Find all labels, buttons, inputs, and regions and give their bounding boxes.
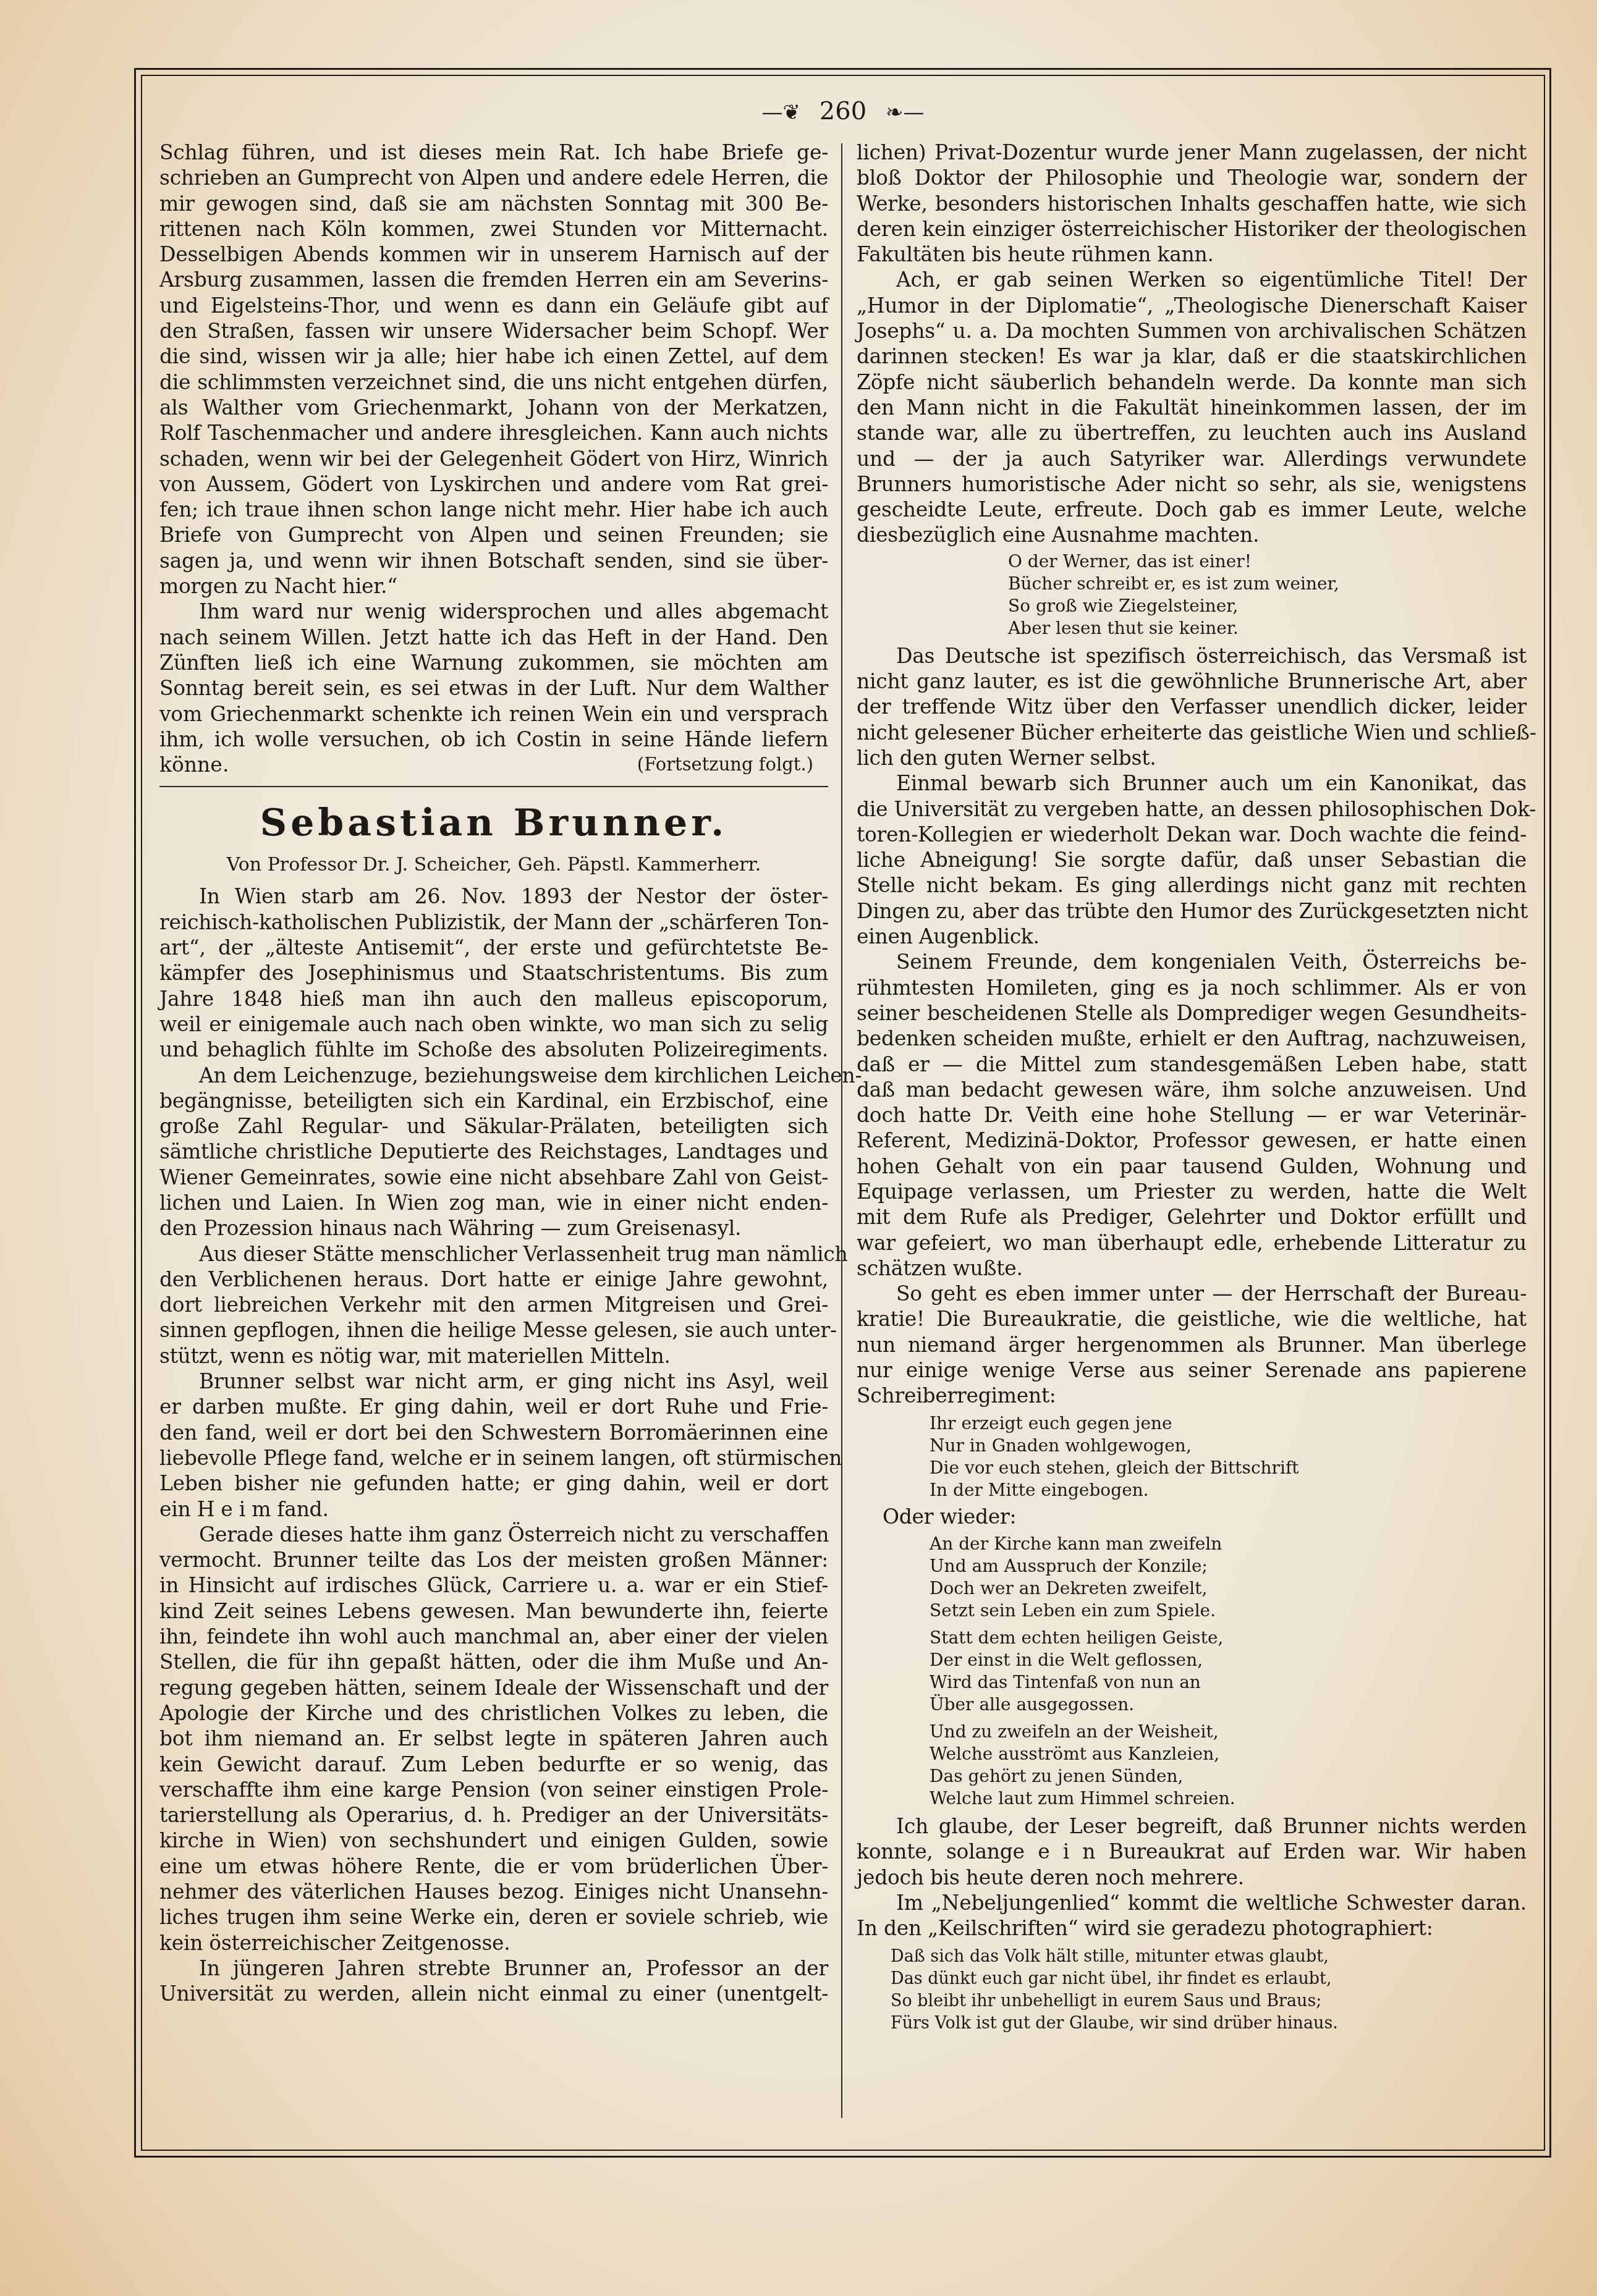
text-line: In Wien starb am 26. Nov. 1893 der Nesto… [159, 884, 828, 909]
text-line: Ich glaube, der Leser begreift, daß Brun… [857, 1813, 1527, 1839]
text-line: schätzen wußte. [857, 1256, 1527, 1281]
verse-line: Fürs Volk ist gut der Glaube, wir sind d… [891, 2012, 1527, 2035]
text-line: Sonntag bereit sein, es sei etwas in der… [159, 675, 828, 701]
text-line: nach seinem Willen. Jetzt hatte ich das … [159, 625, 828, 650]
verse-line: An der Kirche kann man zweifeln [930, 1533, 1527, 1555]
text-line: Josephs“ u. a. Da mochten Summen von arc… [857, 318, 1527, 344]
text-line: kratie! Die Bureaukratie, die geistliche… [857, 1306, 1527, 1332]
text-line: er darben mußte. Er ging dahin, weil er … [159, 1394, 828, 1419]
verse-stanza: Und zu zweifeln an der Weisheit, Welche … [930, 1721, 1527, 1810]
verse-line: Statt dem echten heiligen Geiste, [930, 1627, 1527, 1649]
text-line: rühmtesten Homileten, ging es ja noch sc… [857, 975, 1527, 1000]
verse-line: Der einst in die Welt geflossen, [930, 1649, 1527, 1671]
text-line: An dem Leichenzuge, beziehungsweise dem … [159, 1063, 828, 1088]
text-line: dort liebreichen Verkehr mit den armen M… [159, 1292, 828, 1317]
story-end-row: könne. (Fortsetzung folgt.) [159, 752, 828, 777]
text-line: „Humor in der Diplomatie“, „Theologische… [857, 293, 1527, 318]
text-line: nicht gelesener Bücher erheiterte das ge… [857, 720, 1527, 745]
text-line: ihn, feindete ihn wohl auch manchmal an,… [159, 1624, 828, 1649]
verse-block: An der Kirche kann man zweifeln Und am A… [857, 1533, 1527, 1810]
text-line: Fakultäten bis heute rühmen kann. [857, 242, 1527, 267]
text-line: Referent, Medizinä-Doktor, Professor gew… [857, 1128, 1527, 1153]
text-line: Stellen, die für ihn gepaßt hätten, oder… [159, 1649, 828, 1674]
text-line: diesbezüglich eine Ausnahme machten. [857, 522, 1527, 547]
left-column: Schlag führen, und ist dieses mein Rat. … [159, 140, 828, 2006]
text-line: gescheidte Leute, erfreute. Doch gab es … [857, 497, 1527, 522]
text-line: eine um etwas höhere Rente, die er vom b… [159, 1854, 828, 1879]
page-header: —❦ 260 ❧— [141, 87, 1545, 136]
paragraph: In Wien starb am 26. Nov. 1893 der Nesto… [159, 884, 828, 1062]
text-line: daß er — die Mittel zum standesgemäßen L… [857, 1052, 1527, 1077]
text-line: Oder wieder: [883, 1505, 1016, 1529]
verse-line: So bleibt ihr unbehelligt in eurem Saus … [891, 1990, 1527, 2012]
text-line: liche Abneigung! Sie sorgte dafür, daß u… [857, 847, 1527, 872]
stanza-gap [930, 1622, 1527, 1627]
text-line: deren kein einziger österreichischer His… [857, 216, 1527, 242]
text-line: In jüngeren Jahren strebte Brunner an, P… [159, 1956, 828, 1981]
text-line: und behaglich fühlte im Schoße des absol… [159, 1037, 828, 1062]
column-separator [841, 143, 842, 2118]
verse-line: Aber lesen thut sie keiner. [1008, 617, 1527, 639]
text-line: den Prozession hinaus nach Währing — zum… [159, 1215, 828, 1241]
text-line: rittenen nach Köln kommen, zwei Stunden … [159, 216, 828, 242]
text-line: vom Griechenmarkt schenkte ich reinen We… [159, 701, 828, 727]
paragraph: Das Deutsche ist spezifisch österreichis… [857, 643, 1527, 770]
verse-line: Setzt sein Leben ein zum Spiele. [930, 1600, 1527, 1622]
text-line: Wiener Gemeinrates, sowie eine nicht abs… [159, 1165, 828, 1190]
verse-line: Welche laut zum Himmel schreien. [930, 1787, 1527, 1810]
text-line: Das Deutsche ist spezifisch österreichis… [857, 643, 1527, 669]
text-line: Ach, er gab seinen Werken so eigentümlic… [857, 267, 1527, 292]
text-line: nicht ganz lauter, es ist die gewöhnlich… [857, 669, 1527, 694]
text-line: den Straßen, fassen wir unsere Widersach… [159, 318, 828, 344]
verse-stanza: Statt dem echten heiligen Geiste, Der ei… [930, 1627, 1527, 1716]
text-line: Desselbigen Abends kommen wir in unserem… [159, 242, 828, 267]
text-line: kein Gewicht darauf. Zum Leben bedurfte … [159, 1752, 828, 1777]
text-line: die Universität zu vergeben hatte, an de… [857, 796, 1527, 822]
verse-line: Wird das Tintenfaß von nun an [930, 1671, 1527, 1694]
text-line: konnte, solange e i n Bureaukrat auf Erd… [857, 1839, 1527, 1864]
paragraph: Ich glaube, der Leser begreift, daß Brun… [857, 1813, 1527, 1890]
text-line: Dingen zu, aber das trübte den Humor des… [857, 898, 1527, 924]
story-continuation: Schlag führen, und ist dieses mein Rat. … [159, 140, 828, 777]
verse-line: Doch wer an Dekreten zweifelt, [930, 1577, 1527, 1600]
verse-line: Die vor euch stehen, gleich der Bittschr… [930, 1457, 1527, 1479]
text-line: Schreiberregiment: [857, 1383, 1527, 1408]
verse-line: O der Werner, das ist einer! [1008, 551, 1527, 573]
text-line: die schlimmsten verzeichnet sind, die un… [159, 369, 828, 395]
text-line: Einmal bewarb sich Brunner auch um ein K… [857, 770, 1527, 796]
text-line: den Verblichenen heraus. Dort hatte er e… [159, 1267, 828, 1292]
text-line: vermocht. Brunner teilte das Los der mei… [159, 1547, 828, 1572]
text-line: ihm, ich wolle versuchen, ob ich Costin … [159, 727, 828, 752]
text-line: Equipage verlassen, um Priester zu werde… [857, 1179, 1527, 1204]
text-line: Jahre 1848 hieß man ihn auch den malleus… [159, 986, 828, 1011]
text-line: als Walther vom Griechenmarkt, Johann vo… [159, 395, 828, 420]
text-line: Brunner selbst war nicht arm, er ging ni… [159, 1369, 828, 1394]
continuation-note: (Fortsetzung folgt.) [637, 752, 813, 777]
oder-wieder-line: Oder wieder: [857, 1504, 1527, 1529]
text-line: fen; ich traue ihnen schon lange nicht m… [159, 497, 828, 522]
text-line: schrieben an Gumprecht von Alpen und and… [159, 165, 828, 190]
text-line: Ihm ward nur wenig widersprochen und all… [159, 599, 828, 624]
text-line: von Aussem, Gödert von Lyskirchen und an… [159, 471, 828, 497]
right-column: lichen) Privat-Dozentur wurde jener Mann… [857, 140, 1527, 2035]
verse-block: O der Werner, das ist einer! Bücher schr… [857, 551, 1527, 639]
text-line: der treffende Witz über den Verfasser un… [857, 694, 1527, 719]
paragraph: Brunner selbst war nicht arm, er ging ni… [159, 1369, 828, 1522]
text-line: Seinem Freunde, dem kongenialen Veith, Ö… [857, 949, 1527, 974]
text-line: begängnisse, beteiligten sich ein Kardin… [159, 1088, 828, 1113]
verse-line: Und am Ausspruch der Konzile; [930, 1555, 1527, 1577]
text-line: morgen zu Nacht hier.“ [159, 573, 828, 599]
paragraph: Seinem Freunde, dem kongenialen Veith, Ö… [857, 949, 1527, 1281]
paragraph: So geht es eben immer unter — der Herrsc… [857, 1281, 1527, 1408]
text-line: einen Augenblick. [857, 924, 1527, 949]
text-line: die sind, wissen wir ja alle; hier habe … [159, 344, 828, 369]
paragraph: Im „Nebeljungenlied“ kommt die weltliche… [857, 1890, 1527, 1941]
verse-line: In der Mitte eingebogen. [930, 1479, 1527, 1501]
text-line: kämpfer des Josephinismus und Staatschri… [159, 960, 828, 986]
text-line: Briefe von Gumprecht von Alpen und seine… [159, 522, 828, 547]
verse-line: Bücher schreibt er, es ist zum weiner, [1008, 573, 1527, 595]
verse-line: Ihr erzeigt euch gegen jene [930, 1412, 1527, 1435]
text-line: nehmer des väterlichen Hauses bezog. Ein… [159, 1879, 828, 1904]
text-line: sinnen gepflogen, ihnen die heilige Mess… [159, 1317, 828, 1343]
text-line: kind Zeit seines Lebens gewesen. Man bew… [159, 1598, 828, 1624]
text-line: sämtliche christliche Deputierte des Rei… [159, 1139, 828, 1164]
text-line: Rolf Taschenmacher und andere ihresgleic… [159, 420, 828, 445]
text-line: und Eigelsteins-Thor, und wenn es dann e… [159, 293, 828, 318]
text-line: könne. [159, 752, 229, 777]
verse-line: Nur in Gnaden wohlgewogen, [930, 1435, 1527, 1457]
text-line: nun niemand ärger hergenommen als Brunne… [857, 1332, 1527, 1357]
text-line: ein H e i m fand. [159, 1496, 828, 1522]
paragraph: Einmal bewarb sich Brunner auch um ein K… [857, 770, 1527, 949]
text-line: verschaffte ihm eine karge Pension (von … [159, 1777, 828, 1802]
section-divider [159, 786, 828, 787]
text-line: So geht es eben immer unter — der Herrsc… [857, 1281, 1527, 1306]
text-line: stützt, wenn es nötig war, mit materiell… [159, 1343, 828, 1369]
text-line: weil er einigemale auch nach oben winkte… [159, 1011, 828, 1037]
text-line: den Mann nicht in die Fakultät hineinkom… [857, 395, 1527, 420]
text-line: den fand, weil er dort bei den Schwester… [159, 1420, 828, 1445]
ornament-right-icon: ❧— [886, 88, 925, 137]
text-line: doch hatte Dr. Veith eine hohe Stellung … [857, 1102, 1527, 1128]
text-line: hohen Gehalt von ein paar tausend Gulden… [857, 1154, 1527, 1179]
verse-line: Und zu zweifeln an der Weisheit, [930, 1721, 1527, 1743]
article-sebastian-brunner: Sebastian Brunner. Von Professor Dr. J. … [159, 795, 828, 2006]
text-line: kein österreichischer Zeitgenosse. [159, 1930, 828, 1956]
verse-line: So groß wie Ziegelsteiner, [1008, 595, 1527, 617]
article-title: Sebastian Brunner. [159, 795, 828, 851]
text-line: Gerade dieses hatte ihm ganz Österreich … [159, 1522, 828, 1547]
verse-line: Das gehört zu jenen Sünden, [930, 1765, 1527, 1787]
text-line: toren-Kollegien er wiederholt Dekan war.… [857, 822, 1527, 847]
verse-line: Über alle ausgegossen. [930, 1694, 1527, 1716]
ornament-left-icon: —❦ [762, 88, 801, 137]
text-line: Brunners humoristische Ader nicht so seh… [857, 471, 1527, 497]
text-line: Universität zu werden, allein nicht einm… [159, 1981, 828, 2006]
text-line: mit dem Rufe als Prediger, Gelehrter und… [857, 1204, 1527, 1230]
text-line: Im „Nebeljungenlied“ kommt die weltliche… [857, 1890, 1527, 1915]
text-line: daß man bedacht gewesen wäre, ihm solche… [857, 1077, 1527, 1102]
text-line: darinnen stecken! Es war ja klar, daß er… [857, 344, 1527, 369]
text-line: seiner bescheidenen Stelle als Dompredig… [857, 1000, 1527, 1026]
paragraph: Gerade dieses hatte ihm ganz Österreich … [159, 1522, 828, 1956]
text-line: kirche in Wien) von sechshundert und ein… [159, 1828, 828, 1853]
text-line: sagen ja, und wenn wir ihnen Botschaft s… [159, 548, 828, 573]
verse-line: Das dünkt euch gar nicht übel, ihr finde… [891, 1968, 1527, 1990]
text-line: Leben bisher nie gefunden hatte; er ging… [159, 1471, 828, 1496]
page-number: 260 [820, 97, 866, 125]
paragraph: An dem Leichenzuge, beziehungsweise dem … [159, 1063, 828, 1241]
verse-line: Welche ausströmt aus Kanzleien, [930, 1743, 1527, 1765]
text-line: reichisch-katholischen Publizistik, der … [159, 910, 828, 935]
text-line: bloß Doktor der Philosophie und Theologi… [857, 165, 1527, 190]
article-byline: Von Professor Dr. J. Scheicher, Geh. Päp… [159, 851, 828, 884]
text-line: nur einige wenige Verse aus seiner Seren… [857, 1357, 1527, 1383]
text-line: regung gegeben hätten, seinem Ideale der… [159, 1675, 828, 1700]
text-line: lich den guten Werner selbst. [857, 745, 1527, 770]
text-line: Arsburg zusammen, lassen die fremden Her… [159, 267, 828, 292]
text-line: Zöpfe nicht säuberlich behandeln werde. … [857, 369, 1527, 395]
text-line: lichen und Laien. In Wien zog man, wie i… [159, 1190, 828, 1215]
paragraph: Ach, er gab seinen Werken so eigentümlic… [857, 267, 1527, 547]
text-line: jedoch bis heute deren noch mehrere. [857, 1865, 1527, 1890]
text-line: bot ihm niemand an. Er selbst legte in s… [159, 1726, 828, 1751]
text-line: In den „Keilschriften“ wird sie geradezu… [857, 1915, 1527, 1941]
text-line: mir gewogen sind, daß sie am nächsten So… [159, 191, 828, 216]
stanza-gap [930, 1716, 1527, 1721]
paragraph: In jüngeren Jahren strebte Brunner an, P… [159, 1956, 828, 2007]
text-line: stande war, alle zu übertreffen, zu leuc… [857, 420, 1527, 445]
text-line: Aus dieser Stätte menschlicher Verlassen… [159, 1241, 828, 1267]
verse-line: Daß sich das Volk hält stille, mitunter … [891, 1946, 1527, 1968]
text-line: lichen) Privat-Dozentur wurde jener Mann… [857, 140, 1527, 165]
text-line: liches trugen ihm seine Werke ein, deren… [159, 1904, 828, 1930]
text-line: Werke, besonders historischen Inhalts ge… [857, 191, 1527, 216]
text-line: tarierstellung als Operarius, d. h. Pred… [159, 1802, 828, 1828]
text-line: in Hinsicht auf irdisches Glück, Carrier… [159, 1572, 828, 1598]
text-line: große Zahl Regular- und Säkular-Prälaten… [159, 1113, 828, 1139]
verse-block: Ihr erzeigt euch gegen jene Nur in Gnade… [857, 1412, 1527, 1501]
text-line: schaden, wenn wir bei der Gelegenheit Gö… [159, 446, 828, 471]
verse-stanza: An der Kirche kann man zweifeln Und am A… [930, 1533, 1527, 1622]
text-line: liebevolle Pflege fand, welche er in sei… [159, 1445, 828, 1471]
text-line: und — der ja auch Satyriker war. Allerdi… [857, 446, 1527, 471]
text-line: Zünften ließ ich eine Warnung zukommen, … [159, 650, 828, 675]
text-line: Apologie der Kirche und des christlichen… [159, 1700, 828, 1726]
text-line: Schlag führen, und ist dieses mein Rat. … [159, 140, 828, 165]
text-line: Stelle nicht bekam. Es ging allerdings n… [857, 872, 1527, 898]
verse-block: Daß sich das Volk hält stille, mitunter … [857, 1946, 1527, 2035]
paragraph: Aus dieser Stätte menschlicher Verlassen… [159, 1241, 828, 1369]
text-line: art“, der „älteste Antisemit“, der erste… [159, 935, 828, 960]
text-line: war gefeiert, wo man überhaupt edle, erh… [857, 1230, 1527, 1256]
paragraph: lichen) Privat-Dozentur wurde jener Mann… [857, 140, 1527, 267]
text-line: bedenken scheiden mußte, erhielt er den … [857, 1026, 1527, 1051]
